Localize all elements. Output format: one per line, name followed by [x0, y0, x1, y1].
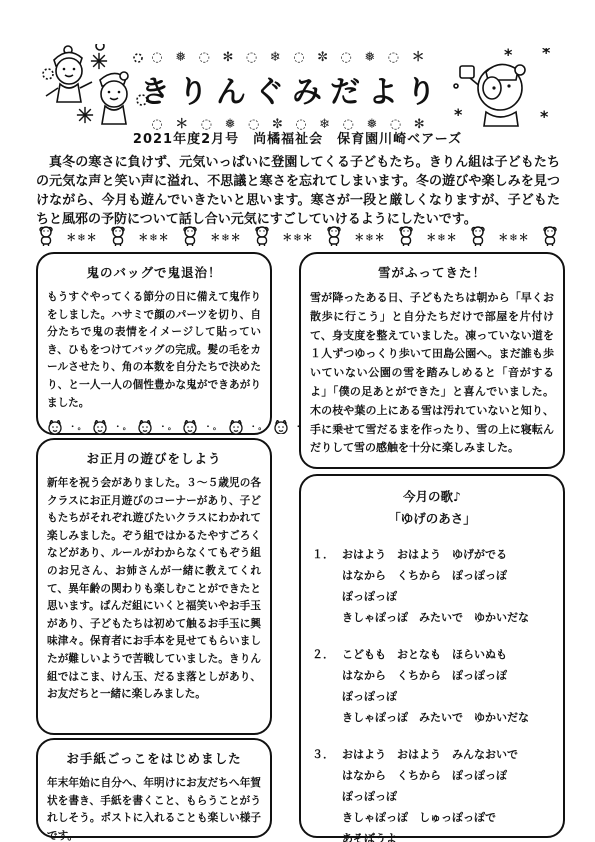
svg-text:*: *: [504, 48, 513, 64]
article-title: 鬼のバッグで鬼退治！: [47, 263, 261, 281]
bear-icon: [468, 225, 488, 247]
oni-separator: ・。: [69, 422, 87, 431]
oni-face-icon: [182, 420, 198, 434]
verse-lyrics: こどもも おとなも ほらいぬも はなから くちから ぽっぽっぽ ぽっぽっぽ きし…: [342, 644, 529, 728]
oni-separator: ・。: [249, 422, 267, 431]
bear-icon: [108, 225, 128, 247]
svg-text:*: *: [540, 107, 549, 126]
bear-icon: [540, 225, 560, 247]
verse-lyrics: おはよう おはよう みんなおいで はなから くちから ぽっぽっぽ ぽっぽっぽ き…: [342, 744, 518, 842]
oni-face-icon: [228, 420, 244, 434]
bear-icon: [36, 225, 56, 247]
article-letter-play: お手紙ごっこをはじめました 年末年始に自分へ、年明けにお友だちへ年賀状を書き、手…: [36, 738, 272, 838]
bear-icon: [180, 225, 200, 247]
article-body: 年末年始に自分へ、年明けにお友だちへ年賀状を書き、手紙を書くこと、もらうことがう…: [47, 775, 261, 842]
article-title: お正月の遊びをしよう: [47, 449, 261, 467]
oni-separator: ・。: [204, 422, 222, 431]
snowflake-deco-top: ◌ ❅ ◌ ✻ ◌ ❄ ◌ ✼ ◌ ❅ ◌ ＊: [140, 46, 440, 65]
article-song-of-month: 今月の歌♪ 「ゆげのあさ」 １． おはよう おはよう ゆげがでる はなから くち…: [299, 474, 565, 838]
song-verse-3: ３． おはよう おはよう みんなおいで はなから くちから ぽっぽっぽ ぽっぽっ…: [312, 744, 554, 842]
newsletter-title: きりんぐみだより: [140, 67, 440, 111]
bear-icon: [324, 225, 344, 247]
oni-face-icon: [137, 420, 153, 434]
song-title-line2: 「ゆげのあさ」: [310, 508, 554, 530]
divider-separator: ＊❄＊: [498, 229, 529, 244]
article-snow-day: 雪がふってきた！ 雪が降ったある日、子どもたちは朝から「早くお散歩に行こう」と自…: [299, 252, 565, 469]
oni-face-icon: [92, 420, 108, 434]
song-verse-2: ２． こどもも おとなも ほらいぬも はなから くちから ぽっぽっぽ ぽっぽっぽ…: [312, 644, 554, 728]
svg-text:*: *: [454, 105, 463, 124]
song-verse-1: １． おはよう おはよう ゆげがでる はなから くちから ぽっぽっぽ ぽっぽっぽ…: [312, 544, 554, 628]
verse-lyrics: おはよう おはよう ゆげがでる はなから くちから ぽっぽっぽ ぽっぽっぽ きし…: [342, 544, 529, 628]
article-new-year-games: お正月の遊びをしよう 新年を祝う会がありました。３～５歳児の各クラスにお正月遊び…: [36, 438, 272, 735]
divider-separator: ＊❄＊: [210, 229, 241, 244]
bear-icon: [252, 225, 272, 247]
svg-text:*: *: [542, 48, 551, 62]
song-title: 今月の歌♪ 「ゆげのあさ」: [310, 486, 554, 530]
article-title: お手紙ごっこをはじめました: [47, 749, 261, 767]
newsletter-page: * * * * ◌ ❅ ◌ ✻ ◌ ❄ ◌ ✼ ◌ ❅ ◌ ＊ きりんぐみだより…: [0, 0, 595, 842]
article-oni-bag: 鬼のバッグで鬼退治！ もうすぐやってくる節分の日に備えて鬼作りをしました。ハサミ…: [36, 252, 272, 435]
bear-illustration: * * * *: [442, 48, 560, 128]
divider-separator: ＊❄＊: [66, 229, 97, 244]
oni-separator: ・。: [114, 422, 132, 431]
bear-icon: [396, 225, 416, 247]
verse-number: ２．: [312, 644, 342, 728]
song-title-line1: 今月の歌♪: [310, 486, 554, 508]
divider-separator: ＊❄＊: [354, 229, 385, 244]
oni-face-row: ・。 ・。 ・。 ・。 ・。 ・。: [47, 416, 261, 435]
article-title: 雪がふってきた！: [310, 263, 554, 281]
animal-border: ＊❄＊ ＊❄＊ ＊❄＊ ＊❄＊ ＊❄＊ ＊❄＊ ＊❄＊: [36, 223, 560, 249]
oni-face-icon: [273, 420, 289, 434]
oni-separator: ・。: [159, 422, 177, 431]
article-body: もうすぐやってくる節分の日に備えて鬼作りをしました。ハサミで顔のパーツを切り、自…: [47, 289, 261, 412]
divider-separator: ＊❄＊: [138, 229, 169, 244]
verse-number: ３．: [312, 744, 342, 842]
header: ◌ ❅ ◌ ✻ ◌ ❄ ◌ ✼ ◌ ❅ ◌ ＊ きりんぐみだより ◌ ＊ ◌ ❅…: [140, 46, 440, 132]
article-body: 新年を祝う会がありました。３～５歳児の各クラスにお正月遊びのコーナーがあり、子ど…: [47, 475, 261, 704]
divider-separator: ＊❄＊: [426, 229, 457, 244]
divider-separator: ＊❄＊: [282, 229, 313, 244]
issue-line: 2021年度2月号 尚橘福祉会 保育園川崎ベアーズ: [0, 128, 595, 147]
article-body: 雪が降ったある日、子どもたちは朝から「早くお散歩に行こう」と自分たちだけで部屋を…: [310, 289, 554, 458]
verse-number: １．: [312, 544, 342, 628]
oni-face-icon: [47, 420, 63, 434]
intro-paragraph: 真冬の寒さに負けず、元気いっぱいに登園してくる子どもたち。きりん組は子どもたちの…: [36, 153, 560, 229]
